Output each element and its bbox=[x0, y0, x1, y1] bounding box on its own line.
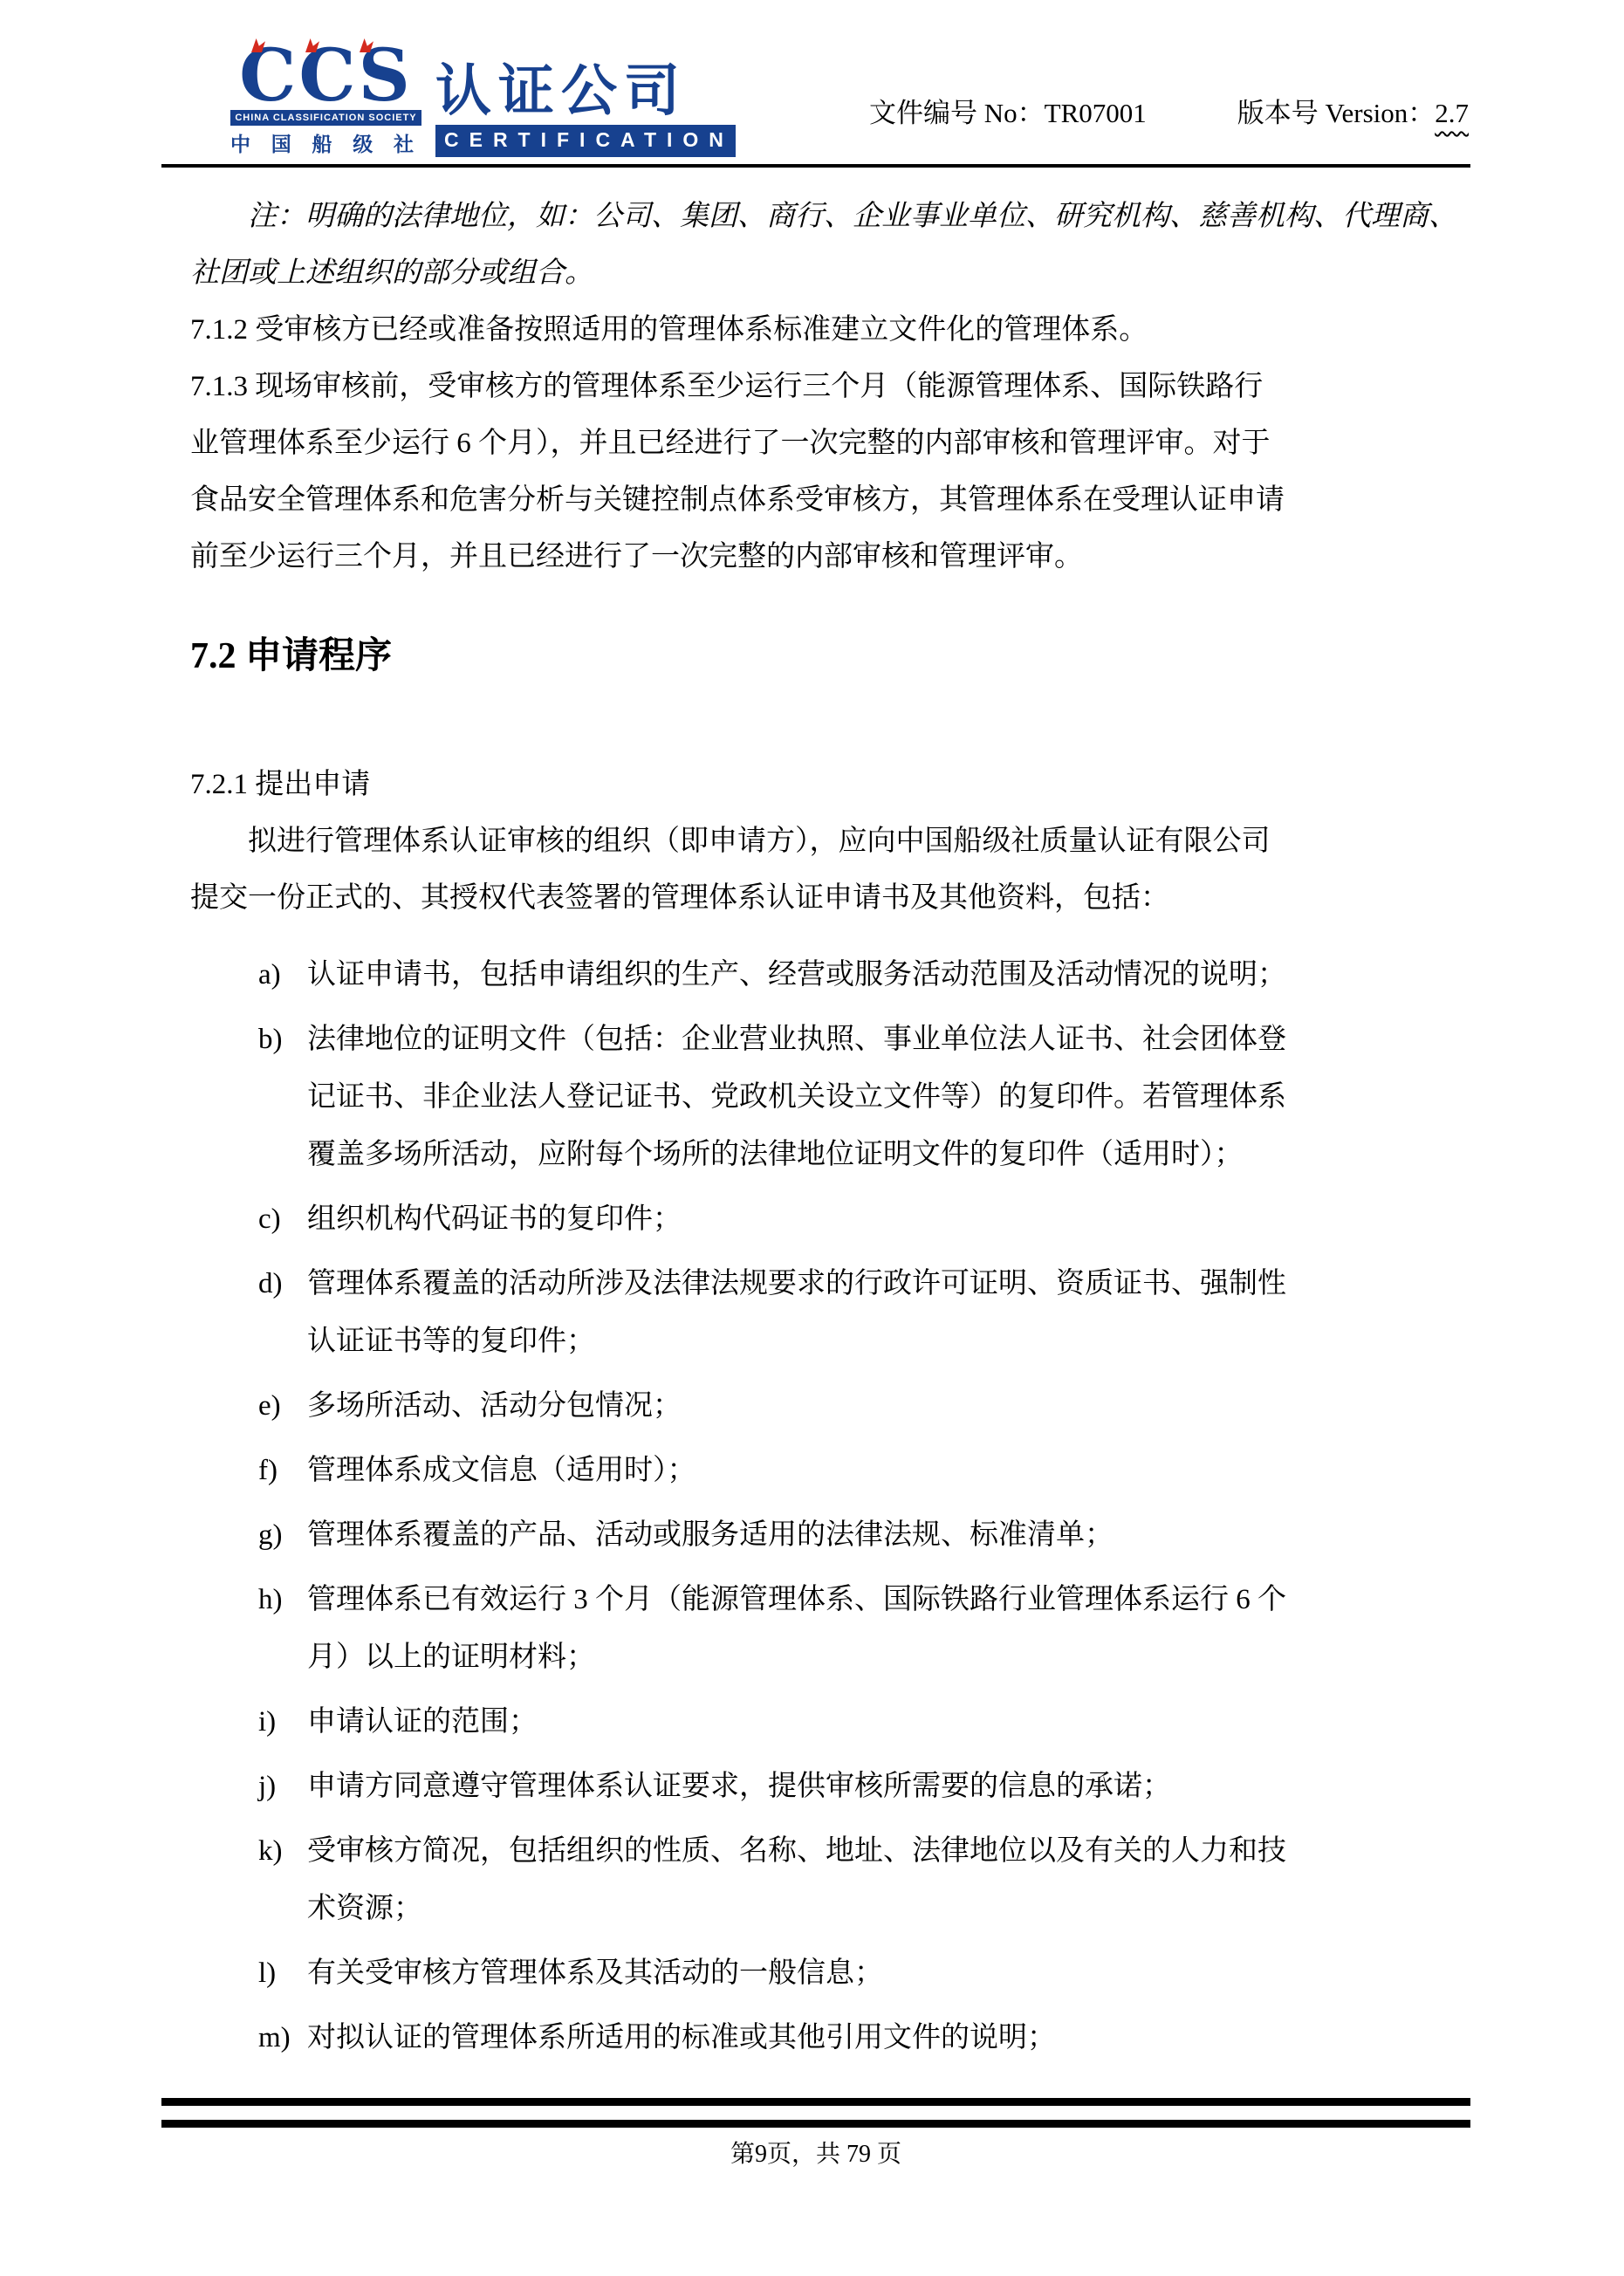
list-item-text: 对拟认证的管理体系所适用的标准或其他引用文件的说明； bbox=[307, 2009, 1466, 2067]
list-item-marker: j) bbox=[258, 1758, 307, 1815]
text-line: 业管理体系至少运行 6 个月），并且已经进行了一次完整的内部审核和管理评审。对于 bbox=[190, 415, 1466, 472]
list-item-marker: d) bbox=[258, 1255, 307, 1370]
list-item-text: 申请方同意遵守管理体系认证要求，提供审核所需要的信息的承诺； bbox=[307, 1758, 1466, 1815]
text-line: 受审核方简况，包括组织的性质、名称、地址、法律地位以及有关的人力和技 bbox=[307, 1822, 1466, 1880]
version-value: 2.7 bbox=[1435, 98, 1469, 128]
list-item-marker: m) bbox=[258, 2009, 307, 2067]
text-line: 7.1.3 现场审核前，受审核方的管理体系至少运行三个月（能源管理体系、国际铁路… bbox=[190, 359, 1466, 415]
text-line: 管理体系已有效运行 3 个月（能源管理体系、国际铁路行业管理体系运行 6 个 bbox=[307, 1571, 1466, 1628]
list-item-text: 组织机构代码证书的复印件； bbox=[307, 1190, 1466, 1248]
list-item: h)管理体系已有效运行 3 个月（能源管理体系、国际铁路行业管理体系运行 6 个… bbox=[190, 1571, 1466, 1686]
ccs-logo: CCS CHINA CLASSIFICATION SOCIETY 中 国 船 级… bbox=[230, 44, 736, 157]
paragraph-note: 注：明确的法律地位，如：公司、集团、商行、企业事业单位、研究机构、慈善机构、代理… bbox=[190, 189, 1466, 302]
list-item: d)管理体系覆盖的活动所涉及法律法规要求的行政许可证明、资质证书、强制性认证证书… bbox=[190, 1255, 1466, 1370]
page-number: 第9页，共 79 页 bbox=[161, 2135, 1470, 2170]
text-line: 对拟认证的管理体系所适用的标准或其他引用文件的说明； bbox=[307, 2009, 1466, 2067]
doc-number-label: 文件编号 No： bbox=[869, 98, 1045, 128]
text-line: 多场所活动、活动分包情况； bbox=[307, 1377, 1466, 1435]
list-item-marker: h) bbox=[258, 1571, 307, 1686]
paragraph-7-2-1: 拟进行管理体系认证审核的组织（即申请方），应向中国船级社质量认证有限公司提交一份… bbox=[190, 813, 1466, 927]
text-line: 法律地位的证明文件（包括：企业营业执照、事业单位法人证书、社会团体登 bbox=[307, 1011, 1466, 1068]
ccs-logo-mark: CCS CHINA CLASSIFICATION SOCIETY 中 国 船 级… bbox=[230, 44, 421, 157]
section-heading-7-2-1: 7.2.1 提出申请 bbox=[190, 757, 1466, 813]
text-line: 覆盖多场所活动，应附每个场所的法律地位证明文件的复印件（适用时）； bbox=[307, 1126, 1466, 1183]
page-footer: 第9页，共 79 页 bbox=[161, 2098, 1470, 2170]
list-item: b)法律地位的证明文件（包括：企业营业执照、事业单位法人证书、社会团体登记证书、… bbox=[190, 1011, 1466, 1183]
text-line: 前至少运行三个月，并且已经进行了一次完整的内部审核和管理评审。 bbox=[190, 529, 1466, 586]
text-line: 提交一份正式的、其授权代表签署的管理体系认证申请书及其他资料，包括： bbox=[190, 870, 1466, 927]
section-heading-7-2: 7.2 申请程序 bbox=[190, 631, 1466, 682]
text-line: 管理体系成文信息（适用时）； bbox=[307, 1442, 1466, 1499]
application-materials-list: a)认证申请书，包括申请组织的生产、经营或服务活动范围及活动情况的说明；b)法律… bbox=[190, 946, 1466, 2067]
list-item: c)组织机构代码证书的复印件； bbox=[190, 1190, 1466, 1248]
text-line: 月）以上的证明材料； bbox=[307, 1628, 1466, 1686]
ccs-society-cn: 中 国 船 级 社 bbox=[230, 128, 421, 157]
document-page: CCS CHINA CLASSIFICATION SOCIETY 中 国 船 级… bbox=[0, 0, 1624, 2276]
text-line: 认证证书等的复印件； bbox=[307, 1313, 1466, 1370]
list-item: i)申请认证的范围； bbox=[190, 1693, 1466, 1751]
doc-number-value: TR07001 bbox=[1045, 98, 1147, 128]
text-line: 拟进行管理体系认证审核的组织（即申请方），应向中国船级社质量认证有限公司 bbox=[190, 813, 1466, 870]
ccs-logo-company: 认证公司 CERTIFICATION bbox=[435, 44, 736, 157]
list-item-marker: f) bbox=[258, 1442, 307, 1499]
paragraph-7-1-2: 7.1.2 受审核方已经或准备按照适用的管理体系标准建立文件化的管理体系。 bbox=[190, 302, 1466, 359]
list-item-text: 有关受审核方管理体系及其活动的一般信息； bbox=[307, 1944, 1466, 2002]
list-item-text: 管理体系成文信息（适用时）； bbox=[307, 1442, 1466, 1499]
list-item-text: 管理体系已有效运行 3 个月（能源管理体系、国际铁路行业管理体系运行 6 个月）… bbox=[307, 1571, 1466, 1686]
list-item-text: 管理体系覆盖的产品、活动或服务适用的法律法规、标准清单； bbox=[307, 1506, 1466, 1564]
text-line: 申请认证的范围； bbox=[307, 1693, 1466, 1751]
footer-rule-top bbox=[161, 2098, 1470, 2106]
text-line: 申请方同意遵守管理体系认证要求，提供审核所需要的信息的承诺； bbox=[307, 1758, 1466, 1815]
list-item-marker: l) bbox=[258, 1944, 307, 2002]
text-line: 社团或上述组织的部分或组合。 bbox=[190, 245, 1466, 302]
list-item-marker: g) bbox=[258, 1506, 307, 1564]
page-header: CCS CHINA CLASSIFICATION SOCIETY 中 国 船 级… bbox=[0, 0, 1624, 157]
document-meta: 文件编号 No：TR07001版本号 Version：2.7 bbox=[869, 96, 1469, 157]
text-line: 有关受审核方管理体系及其活动的一般信息； bbox=[307, 1944, 1466, 2002]
list-item: g)管理体系覆盖的产品、活动或服务适用的法律法规、标准清单； bbox=[190, 1506, 1466, 1564]
list-item-marker: i) bbox=[258, 1693, 307, 1751]
text-line: 食品安全管理体系和危害分析与关键控制点体系受审核方，其管理体系在受理认证申请 bbox=[190, 472, 1466, 529]
text-line: 术资源； bbox=[307, 1880, 1466, 1937]
list-item-text: 认证申请书，包括申请组织的生产、经营或服务活动范围及活动情况的说明； bbox=[307, 946, 1466, 1004]
list-item: e)多场所活动、活动分包情况； bbox=[190, 1377, 1466, 1435]
list-item: a)认证申请书，包括申请组织的生产、经营或服务活动范围及活动情况的说明； bbox=[190, 946, 1466, 1004]
logo-company-name-cn: 认证公司 bbox=[435, 62, 736, 121]
list-item: l)有关受审核方管理体系及其活动的一般信息； bbox=[190, 1944, 1466, 2002]
paragraph-7-1-3: 7.1.3 现场审核前，受审核方的管理体系至少运行三个月（能源管理体系、国际铁路… bbox=[190, 359, 1466, 586]
version-label: 版本号 Version： bbox=[1237, 98, 1435, 128]
ccs-society-en: CHINA CLASSIFICATION SOCIETY bbox=[230, 110, 421, 126]
footer-rule-bottom bbox=[161, 2120, 1470, 2128]
list-item-text: 法律地位的证明文件（包括：企业营业执照、事业单位法人证书、社会团体登记证书、非企… bbox=[307, 1011, 1466, 1183]
text-line: 认证申请书，包括申请组织的生产、经营或服务活动范围及活动情况的说明； bbox=[307, 946, 1466, 1004]
list-item: j)申请方同意遵守管理体系认证要求，提供审核所需要的信息的承诺； bbox=[190, 1758, 1466, 1815]
list-item: m)对拟认证的管理体系所适用的标准或其他引用文件的说明； bbox=[190, 2009, 1466, 2067]
text-line: 记证书、非企业法人登记证书、党政机关设立文件等）的复印件。若管理体系 bbox=[307, 1068, 1466, 1126]
list-item-marker: e) bbox=[258, 1377, 307, 1435]
footer-rule-gap bbox=[161, 2106, 1470, 2120]
logo-certification-bar: CERTIFICATION bbox=[435, 125, 736, 157]
text-line: 注：明确的法律地位，如：公司、集团、商行、企业事业单位、研究机构、慈善机构、代理… bbox=[190, 189, 1466, 245]
text-line: 管理体系覆盖的活动所涉及法律法规要求的行政许可证明、资质证书、强制性 bbox=[307, 1255, 1466, 1313]
list-item-text: 申请认证的范围； bbox=[307, 1693, 1466, 1751]
list-item: k)受审核方简况，包括组织的性质、名称、地址、法律地位以及有关的人力和技术资源； bbox=[190, 1822, 1466, 1937]
text-line: 7.1.2 受审核方已经或准备按照适用的管理体系标准建立文件化的管理体系。 bbox=[190, 302, 1466, 359]
list-item-marker: a) bbox=[258, 946, 307, 1004]
text-line: 管理体系覆盖的产品、活动或服务适用的法律法规、标准清单； bbox=[307, 1506, 1466, 1564]
text-line: 组织机构代码证书的复印件； bbox=[307, 1190, 1466, 1248]
list-item-text: 管理体系覆盖的活动所涉及法律法规要求的行政许可证明、资质证书、强制性认证证书等的… bbox=[307, 1255, 1466, 1370]
list-item-text: 多场所活动、活动分包情况； bbox=[307, 1377, 1466, 1435]
list-item: f)管理体系成文信息（适用时）； bbox=[190, 1442, 1466, 1499]
list-item-marker: k) bbox=[258, 1822, 307, 1937]
list-item-text: 受审核方简况，包括组织的性质、名称、地址、法律地位以及有关的人力和技术资源； bbox=[307, 1822, 1466, 1937]
list-item-marker: c) bbox=[258, 1190, 307, 1248]
document-body: 注：明确的法律地位，如：公司、集团、商行、企业事业单位、研究机构、慈善机构、代理… bbox=[0, 168, 1624, 2067]
ccs-logo-text: CCS bbox=[230, 44, 421, 108]
list-item-marker: b) bbox=[258, 1011, 307, 1183]
